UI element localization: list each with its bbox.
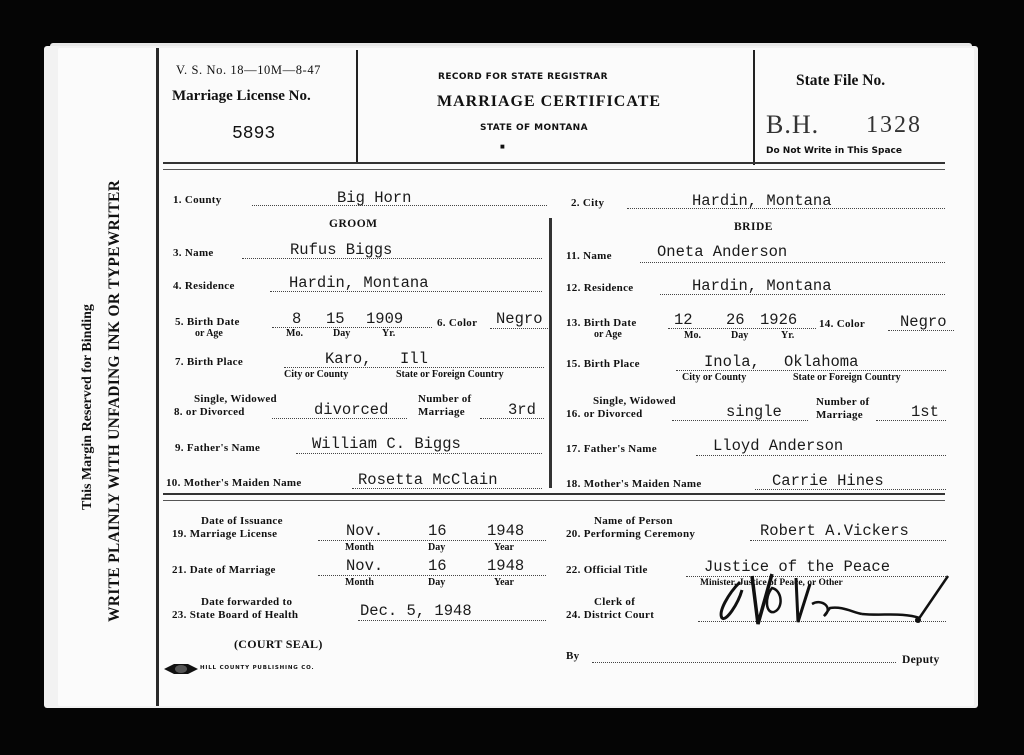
- bride-birth-date-sub: or Age: [594, 329, 622, 340]
- performer-name: Robert A.Vickers: [760, 522, 909, 540]
- bride-residence-label: 12. Residence: [566, 282, 633, 294]
- performer-line: [750, 540, 946, 541]
- bride-marital-status: single: [726, 403, 782, 421]
- performer-label-1: Name of Person: [594, 515, 673, 527]
- performer-label-2: 20. Performing Ceremony: [566, 528, 695, 540]
- header-mark: ■: [500, 142, 505, 151]
- groom-father: William C. Biggs: [312, 435, 461, 453]
- issuance-month: Nov.: [346, 522, 383, 540]
- groom-father-line: [296, 453, 542, 454]
- bride-birth-year: 1926: [760, 311, 797, 329]
- bride-color-label: 14. Color: [819, 318, 865, 330]
- groom-mother: Rosetta McClain: [358, 471, 498, 489]
- record-for-registrar: RECORD FOR STATE REGISTRAR: [438, 72, 608, 82]
- state-file-prefix: B.H.: [766, 110, 819, 140]
- groom-mother-label: 10. Mother's Maiden Name: [166, 477, 302, 489]
- license-number: 5893: [232, 124, 275, 144]
- bride-name-line: [640, 262, 945, 263]
- clerk-label-2: 24. District Court: [566, 609, 654, 621]
- bride-state-or-country-sub: State or Foreign Country: [793, 372, 901, 383]
- groom-marriage-num-label-2: Marriage: [418, 406, 465, 418]
- marriage-year-sub: Year: [494, 577, 514, 588]
- marriage-year: 1948: [487, 557, 524, 575]
- issuance-year-sub: Year: [494, 542, 514, 553]
- state-file-number: 1328: [866, 112, 922, 139]
- city-label: 2. City: [571, 197, 604, 209]
- bride-color: Negro: [900, 313, 947, 331]
- bride-name-label: 11. Name: [566, 250, 612, 262]
- bride-name: Oneta Anderson: [657, 243, 787, 261]
- middle-section-rule: [163, 493, 945, 501]
- county-label: 1. County: [173, 194, 222, 206]
- issuance-line: [318, 540, 546, 541]
- bride-birth-month: 12: [674, 311, 693, 329]
- groom-father-label: 9. Father's Name: [175, 442, 260, 454]
- forwarded-date: Dec. 5, 1948: [360, 602, 472, 620]
- bride-residence: Hardin, Montana: [692, 277, 832, 295]
- groom-color-label: 6. Color: [437, 317, 477, 329]
- court-seal-label: (COURT SEAL): [234, 637, 323, 652]
- header-bottom-rule: [163, 162, 945, 170]
- issuance-label-2: 19. Marriage License: [172, 528, 277, 540]
- city-value: Hardin, Montana: [692, 192, 832, 210]
- marriage-month-sub: Month: [345, 577, 374, 588]
- bride-birth-place-label: 15. Birth Place: [566, 358, 640, 370]
- groom-residence: Hardin, Montana: [289, 274, 429, 292]
- clerk-signature-icon: [712, 568, 952, 630]
- bride-marriage-number: 1st: [911, 403, 939, 421]
- groom-birth-place-state: Ill: [400, 350, 428, 368]
- groom-name: Rufus Biggs: [290, 241, 392, 259]
- center-column-rule: [549, 218, 552, 488]
- bride-birth-place-city: Inola,: [704, 353, 760, 371]
- bride-yr-sub: Yr.: [781, 330, 794, 341]
- marriage-day: 16: [428, 557, 447, 575]
- bride-mo-sub: Mo.: [684, 330, 701, 341]
- official-title-label: 22. Official Title: [566, 564, 648, 576]
- county-value: Big Horn: [337, 189, 411, 207]
- marriage-month: Nov.: [346, 557, 383, 575]
- groom-day-sub: Day: [333, 328, 350, 339]
- groom-city-or-county-sub: City or County: [284, 369, 348, 380]
- marriage-date-line: [318, 575, 546, 576]
- issuance-month-sub: Month: [345, 542, 374, 553]
- bride-father-label: 17. Father's Name: [566, 443, 657, 455]
- by-label: By: [566, 650, 579, 662]
- groom-color-line: [490, 328, 548, 329]
- bride-city-or-county-sub: City or County: [682, 372, 746, 383]
- state-name: STATE OF MONTANA: [480, 123, 588, 133]
- deputy-label: Deputy: [902, 654, 940, 666]
- bride-birth-place-state: Oklahoma: [784, 353, 858, 371]
- header-divider-right: [753, 50, 755, 165]
- forwarded-label-1: Date forwarded to: [201, 596, 292, 608]
- issuance-year: 1948: [487, 522, 524, 540]
- bride-marital-label-1: Single, Widowed: [593, 395, 676, 407]
- groom-birth-date-label: 5. Birth Date: [175, 316, 240, 328]
- clerk-label-1: Clerk of: [594, 596, 635, 608]
- header-divider-left: [356, 50, 358, 163]
- publisher-name: HILL COUNTY PUBLISHING CO.: [200, 665, 314, 671]
- bride-birth-date-label: 13. Birth Date: [566, 317, 637, 329]
- groom-name-label: 3. Name: [173, 247, 214, 259]
- bride-father-line: [696, 455, 946, 456]
- bride-day-sub: Day: [731, 330, 748, 341]
- marriage-date-label: 21. Date of Marriage: [172, 564, 276, 576]
- forwarded-label-2: 23. State Board of Health: [172, 609, 298, 621]
- bride-father: Lloyd Anderson: [713, 437, 843, 455]
- issuance-day: 16: [428, 522, 447, 540]
- publisher-logo-icon: [164, 662, 198, 676]
- bride-birth-day: 26: [726, 311, 745, 329]
- bride-mother-label: 18. Mother's Maiden Name: [566, 478, 702, 490]
- groom-mo-sub: Mo.: [286, 328, 303, 339]
- groom-birth-year: 1909: [366, 310, 403, 328]
- do-not-write-note: Do Not Write in This Space: [766, 146, 902, 156]
- ink-instruction: WRITE PLAINLY WITH UNFADING INK OR TYPEW…: [106, 180, 124, 622]
- bride-marriage-num-label-1: Number of: [816, 396, 870, 408]
- marriage-day-sub: Day: [428, 577, 445, 588]
- forwarded-line: [358, 620, 546, 621]
- groom-state-or-country-sub: State or Foreign Country: [396, 369, 504, 380]
- deputy-line: [592, 662, 896, 663]
- groom-marital-label-1: Single, Widowed: [194, 393, 277, 405]
- groom-residence-label: 4. Residence: [173, 280, 235, 292]
- issuance-label-1: Date of Issuance: [201, 515, 283, 527]
- groom-birth-month: 8: [292, 310, 301, 328]
- bride-marital-label-2: 16. or Divorced: [566, 408, 643, 420]
- issuance-day-sub: Day: [428, 542, 445, 553]
- form-number: V. S. No. 18—10M—8-47: [176, 63, 321, 78]
- groom-birth-place-city: Karo,: [325, 350, 372, 368]
- certificate-title: MARRIAGE CERTIFICATE: [437, 93, 661, 111]
- groom-marital-status: divorced: [314, 401, 388, 419]
- groom-marriage-num-label-1: Number of: [418, 393, 472, 405]
- bride-heading: BRIDE: [734, 221, 773, 233]
- groom-marital-label-2: 8. or Divorced: [174, 406, 245, 418]
- groom-birth-place-label: 7. Birth Place: [175, 356, 243, 368]
- groom-heading: GROOM: [329, 218, 378, 230]
- bride-mother: Carrie Hines: [772, 472, 884, 490]
- binding-margin-rule: [156, 48, 159, 706]
- groom-birth-date-sub: or Age: [195, 328, 223, 339]
- license-number-label: Marriage License No.: [172, 88, 311, 105]
- bride-marriage-num-label-2: Marriage: [816, 409, 863, 421]
- groom-color: Negro: [496, 310, 543, 328]
- groom-yr-sub: Yr.: [382, 328, 395, 339]
- groom-marriage-number: 3rd: [508, 401, 536, 419]
- binding-note: This Margin Reserved for Binding: [80, 304, 96, 510]
- groom-birth-day: 15: [326, 310, 345, 328]
- state-file-label: State File No.: [796, 72, 885, 90]
